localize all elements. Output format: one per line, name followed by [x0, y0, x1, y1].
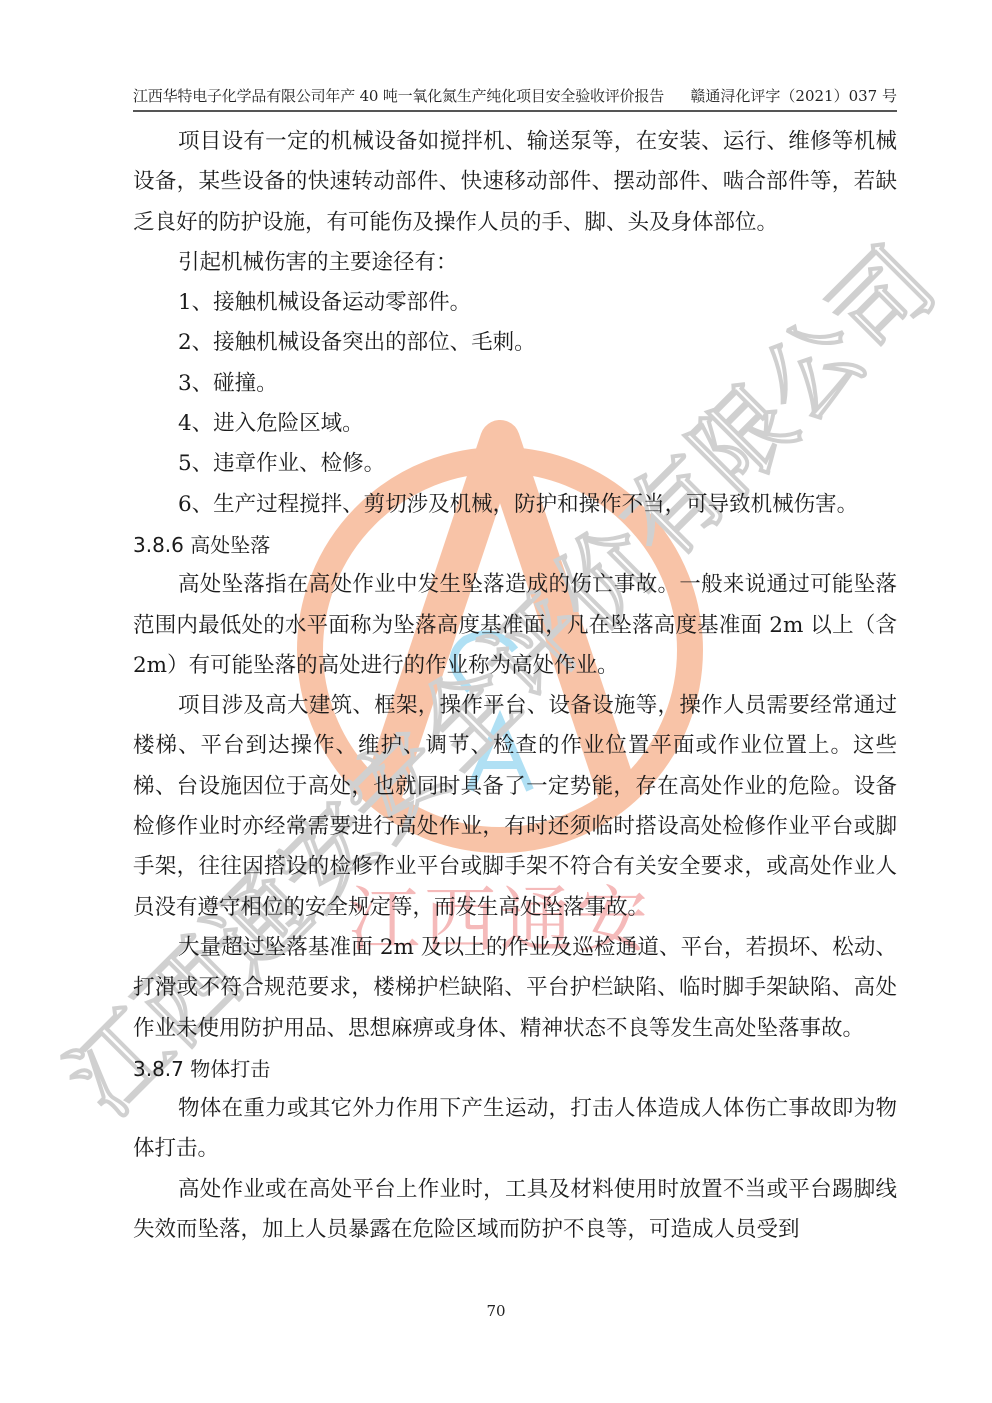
header-doc-number: 赣通浔化评字（2021）037 号 [690, 86, 897, 106]
list-item: 1、接触机械设备运动零部件。 [133, 283, 897, 323]
header-rule [133, 110, 897, 112]
page-header: 江西华特电子化学品有限公司年产 40 吨一氧化氮生产纯化项目安全验收评价报告 赣… [133, 86, 897, 108]
list-item: 3、碰撞。 [133, 364, 897, 404]
paragraph: 高处坠落指在高处作业中发生坠落造成的伤亡事故。一般来说通过可能坠落范围内最低处的… [133, 565, 897, 686]
list-item: 2、接触机械设备突出的部位、毛刺。 [133, 323, 897, 363]
section-heading: 3.8.7 物体打击 [133, 1049, 897, 1089]
list-item: 4、进入危险区域。 [133, 404, 897, 444]
paragraph: 物体在重力或其它外力作用下产生运动，打击人体造成人体伤亡事故即为物体打击。 [133, 1089, 897, 1170]
list-item: 5、违章作业、检修。 [133, 444, 897, 484]
section-heading: 3.8.6 高处坠落 [133, 525, 897, 565]
header-title: 江西华特电子化学品有限公司年产 40 吨一氧化氮生产纯化项目安全验收评价报告 [133, 86, 664, 106]
paragraph: 引起机械伤害的主要途径有： [133, 243, 897, 283]
document-body: 项目设有一定的机械设备如搅拌机、输送泵等，在安装、运行、维修等机械设备，某些设备… [133, 122, 897, 1250]
paragraph: 项目涉及高大建筑、框架，操作平台、设备设施等，操作人员需要经常通过楼梯、平台到达… [133, 686, 897, 928]
page-number: 70 [0, 1302, 992, 1320]
list-item: 6、生产过程搅拌、剪切涉及机械，防护和操作不当，可导致机械伤害。 [133, 485, 897, 525]
paragraph: 项目设有一定的机械设备如搅拌机、输送泵等，在安装、运行、维修等机械设备，某些设备… [133, 122, 897, 243]
paragraph: 大量超过坠落基准面 2m 及以上的作业及巡检通道、平台，若损坏、松动、打滑或不符… [133, 928, 897, 1049]
paragraph: 高处作业或在高处平台上作业时，工具及材料使用时放置不当或平台踢脚线失效而坠落，加… [133, 1170, 897, 1251]
